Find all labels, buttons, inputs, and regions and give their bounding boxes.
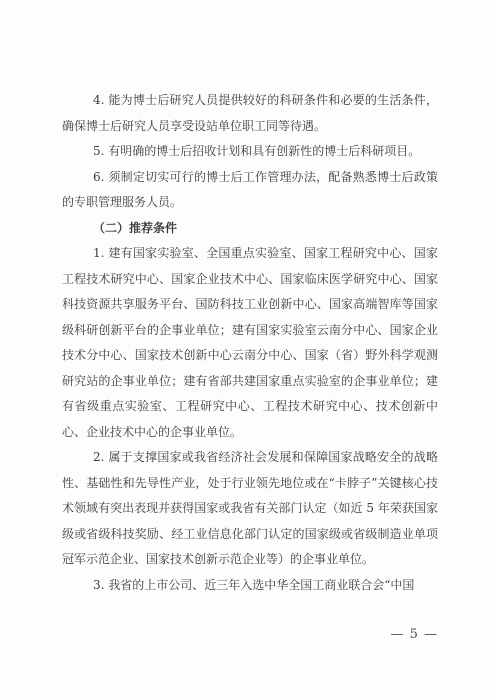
paragraph-item-5: 5. 有明确的博士后招收计划和具有创新性的博士后科研项目。 <box>62 139 438 165</box>
page-number: — 5 — <box>390 627 438 642</box>
paragraph-item-3: 3. 我省的上市公司、近三年入选中华全国工商业联合会“中国 <box>62 573 438 599</box>
paragraph-item-2: 2. 属于支撑国家或我省经济社会发展和保障国家战略安全的战略性、基础性和先导性产… <box>62 445 438 573</box>
document-page: 4. 能为博士后研究人员提供较好的科研条件和必要的生活条件，确保博士后研究人员享… <box>0 0 495 700</box>
section-heading: （二）推荐条件 <box>62 216 438 242</box>
paragraph-item-1: 1. 建有国家实验室、全国重点实验室、国家工程研究中心、国家工程技术研究中心、国… <box>62 241 438 445</box>
document-body: 4. 能为博士后研究人员提供较好的科研条件和必要的生活条件，确保博士后研究人员享… <box>62 88 438 598</box>
paragraph-item-6: 6. 须制定切实可行的博士后工作管理办法，配备熟悉博士后政策的专职管理服务人员。 <box>62 165 438 216</box>
paragraph-item-4: 4. 能为博士后研究人员提供较好的科研条件和必要的生活条件，确保博士后研究人员享… <box>62 88 438 139</box>
